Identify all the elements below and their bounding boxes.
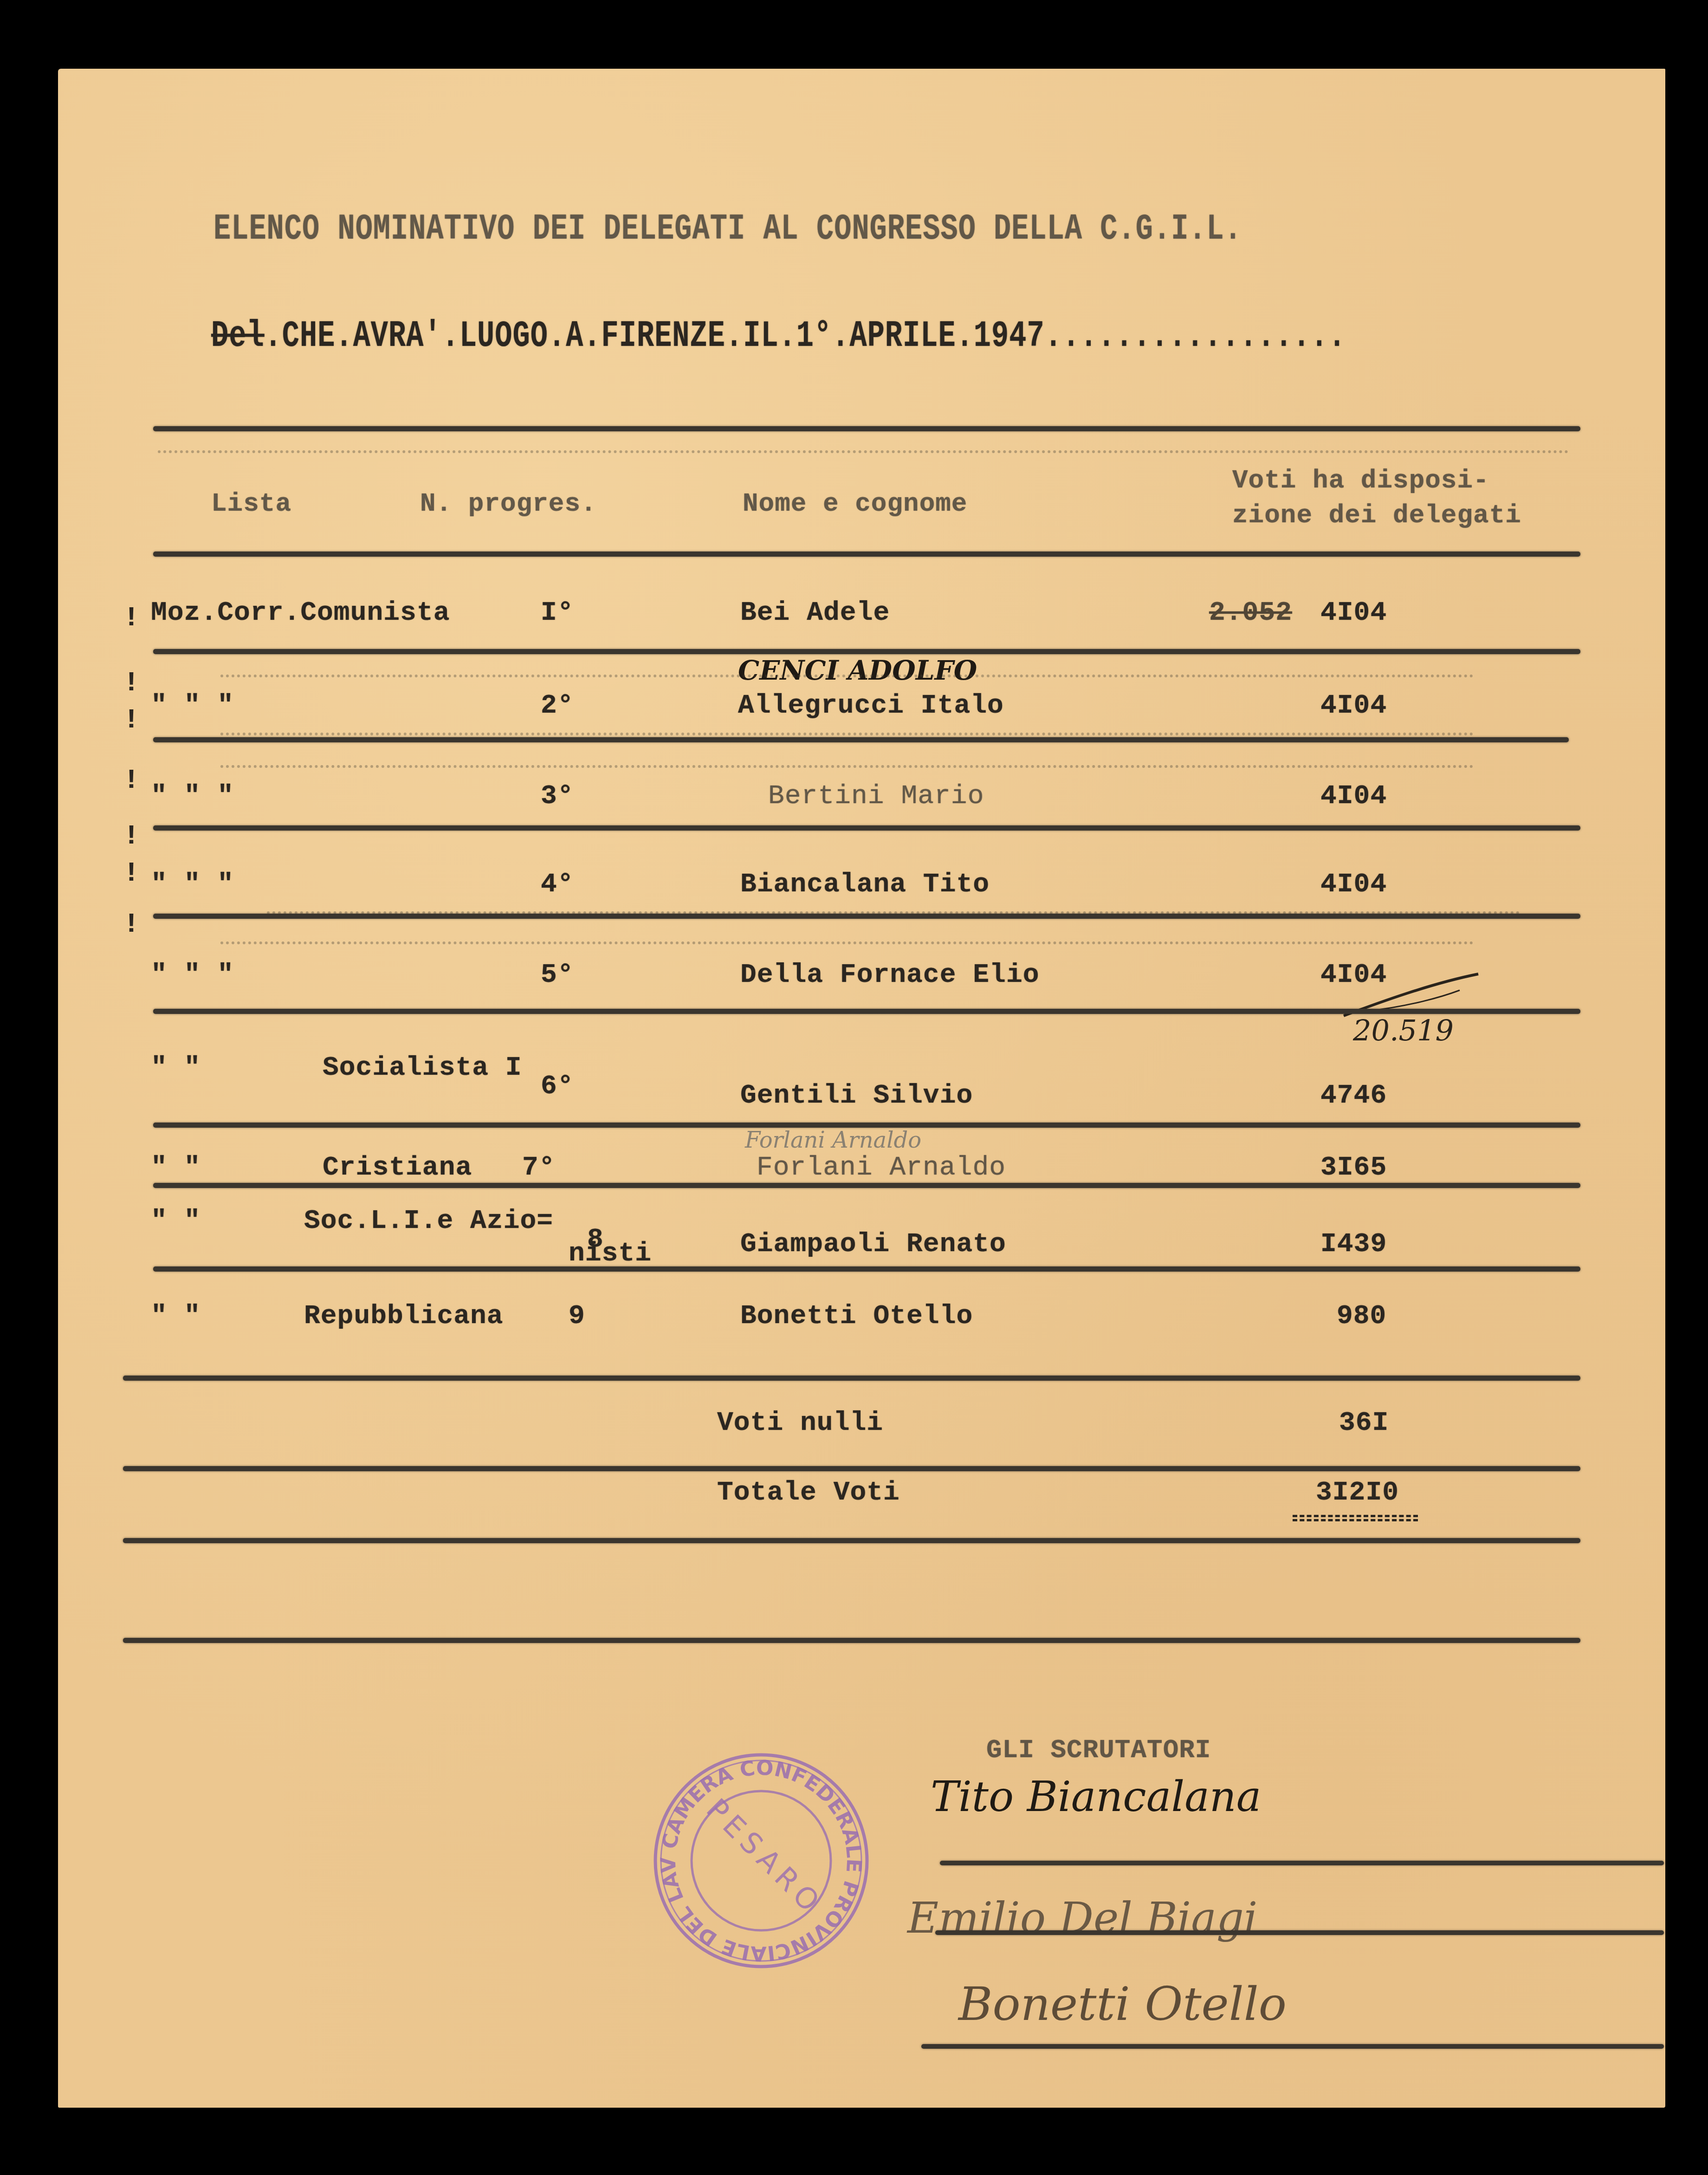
row-3-nome: Bertini Mario <box>768 781 984 812</box>
margin-mark: ! <box>123 765 140 797</box>
signature-line <box>940 1861 1664 1865</box>
row-8-lista-cont: nisti <box>569 1239 652 1269</box>
column-header-n-progres: N. progres. <box>420 489 597 519</box>
row-6-voti: 4746 <box>1320 1081 1387 1111</box>
document-title: ELENCO NOMINATIVO DEI DELEGATI AL CONGRE… <box>213 208 1242 250</box>
row-6-lista: Socialista I <box>323 1053 522 1083</box>
row-9-lista-ditto: " " <box>151 1301 201 1331</box>
header-top-rule <box>153 426 1580 431</box>
row-9-n: 9 <box>569 1301 585 1331</box>
signature-line <box>935 1930 1664 1935</box>
row-1-voti-struck: 2.052 <box>1209 598 1292 628</box>
document-subtitle: Del.CHE.AVRA'.LUOGO.A.FIRENZE.IL.1°.APRI… <box>211 314 1346 357</box>
row-3-voti: 4I04 <box>1320 781 1387 812</box>
row-7-lista-ditto: " " <box>151 1153 201 1183</box>
row-7-nome: Forlani Arnaldo <box>757 1153 1006 1183</box>
column-header-lista: Lista <box>211 489 291 519</box>
row-1-voti: 4I04 <box>1320 598 1387 628</box>
row-4-voti: 4I04 <box>1320 870 1387 900</box>
row-1-nome: Bei Adele <box>740 598 890 628</box>
official-stamp: CAMERA CONFEDERALE PROVINCIALE DEL LAVOR… <box>650 1749 873 1972</box>
row-4-lista: " " " <box>151 870 234 900</box>
row-6-nome: Gentili Silvio <box>740 1081 973 1111</box>
margin-mark: ! <box>123 603 140 634</box>
column-header-voti-1: Voti ha disposi- <box>1232 466 1489 495</box>
row-4-nome: Biancalana Tito <box>740 870 990 900</box>
dotted-guide <box>220 675 1474 679</box>
row-rule <box>123 1538 1580 1543</box>
row-4-n: 4° <box>541 870 574 900</box>
column-header-nome: Nome e cognome <box>743 489 967 519</box>
struck-prefix: Del <box>211 314 265 357</box>
row-9-lista: Repubblicana <box>304 1301 504 1331</box>
row-7-pencil-note: Forlani Arnaldo <box>745 1127 921 1153</box>
row-rule <box>153 825 1580 831</box>
header-bottom-rule <box>153 552 1580 557</box>
totale-voti-value: 3I2I0 <box>1316 1478 1399 1508</box>
row-rule <box>153 737 1569 742</box>
row-9-nome: Bonetti Otello <box>740 1301 973 1331</box>
row-2-lista: " " " <box>151 691 234 721</box>
row-1-lista: Moz.Corr.Comunista <box>151 598 450 628</box>
row-5-lista: " " " <box>151 960 234 990</box>
row-7-voti: 3I65 <box>1320 1153 1387 1183</box>
row-rule <box>153 1266 1580 1272</box>
row-5-n: 5° <box>541 960 574 990</box>
row-2-handwritten-note: CENCI ADOLFO <box>738 655 977 686</box>
row-5-handwritten-total: 20.519 <box>1353 1013 1454 1047</box>
row-rule <box>123 1466 1580 1471</box>
row-7-lista: Cristiana <box>323 1153 472 1183</box>
margin-mark: ! <box>123 821 140 852</box>
row-2-nome: Allegrucci Italo <box>738 691 1004 721</box>
row-rule <box>153 914 1580 919</box>
row-1-n: I° <box>541 598 574 628</box>
row-8-lista: Soc.L.I.e Azio= <box>304 1206 553 1236</box>
dotted-guide <box>220 941 1474 946</box>
signature-1: Tito Biancalana <box>931 1772 1261 1821</box>
signature-line <box>921 2044 1664 2049</box>
row-rule <box>153 1183 1580 1188</box>
scrutatori-label: GLI SCRUTATORI <box>986 1735 1211 1765</box>
row-8-lista-ditto: " " <box>151 1206 201 1236</box>
margin-mark: ! <box>123 705 140 736</box>
margin-mark: ! <box>123 858 140 889</box>
column-header-voti-2: zione dei delegati <box>1232 500 1521 530</box>
row-3-lista: " " " <box>151 781 234 812</box>
voti-nulli-value: 36I <box>1339 1408 1389 1438</box>
row-2-n: 2° <box>541 691 574 721</box>
margin-mark: ! <box>123 668 140 699</box>
dotted-guide <box>220 733 1474 737</box>
row-5-nome: Della Fornace Elio <box>740 960 1040 990</box>
row-8-nome: Giampaoli Renato <box>740 1229 1006 1260</box>
row-rule <box>153 649 1580 654</box>
row-6-n: 6° <box>541 1071 574 1102</box>
row-9-voti: 980 <box>1337 1301 1386 1331</box>
dotted-guide <box>158 450 1569 455</box>
dotted-guide <box>220 765 1474 770</box>
signature-3: Bonetti Otello <box>958 1977 1287 2031</box>
row-6-lista-ditto: " " <box>151 1053 201 1083</box>
event-location-date: .CHE.AVRA'.LUOGO.A.FIRENZE.IL.1°.APRILE.… <box>265 314 1346 357</box>
margin-mark: ! <box>123 909 140 941</box>
total-double-underline <box>1293 1515 1418 1521</box>
row-3-n: 3° <box>541 781 574 812</box>
signature-2: Emilio Del Biagi <box>907 1893 1257 1943</box>
voti-nulli-label: Voti nulli <box>717 1408 883 1438</box>
document-page: ELENCO NOMINATIVO DEI DELEGATI AL CONGRE… <box>58 69 1665 2108</box>
row-8-voti: I439 <box>1320 1229 1387 1260</box>
row-rule <box>123 1638 1580 1643</box>
row-2-voti: 4I04 <box>1320 691 1387 721</box>
totale-voti-label: Totale Voti <box>717 1478 900 1508</box>
row-rule <box>123 1376 1580 1381</box>
row-8-n: 8 <box>587 1225 604 1255</box>
row-7-n: 7° <box>522 1153 556 1183</box>
